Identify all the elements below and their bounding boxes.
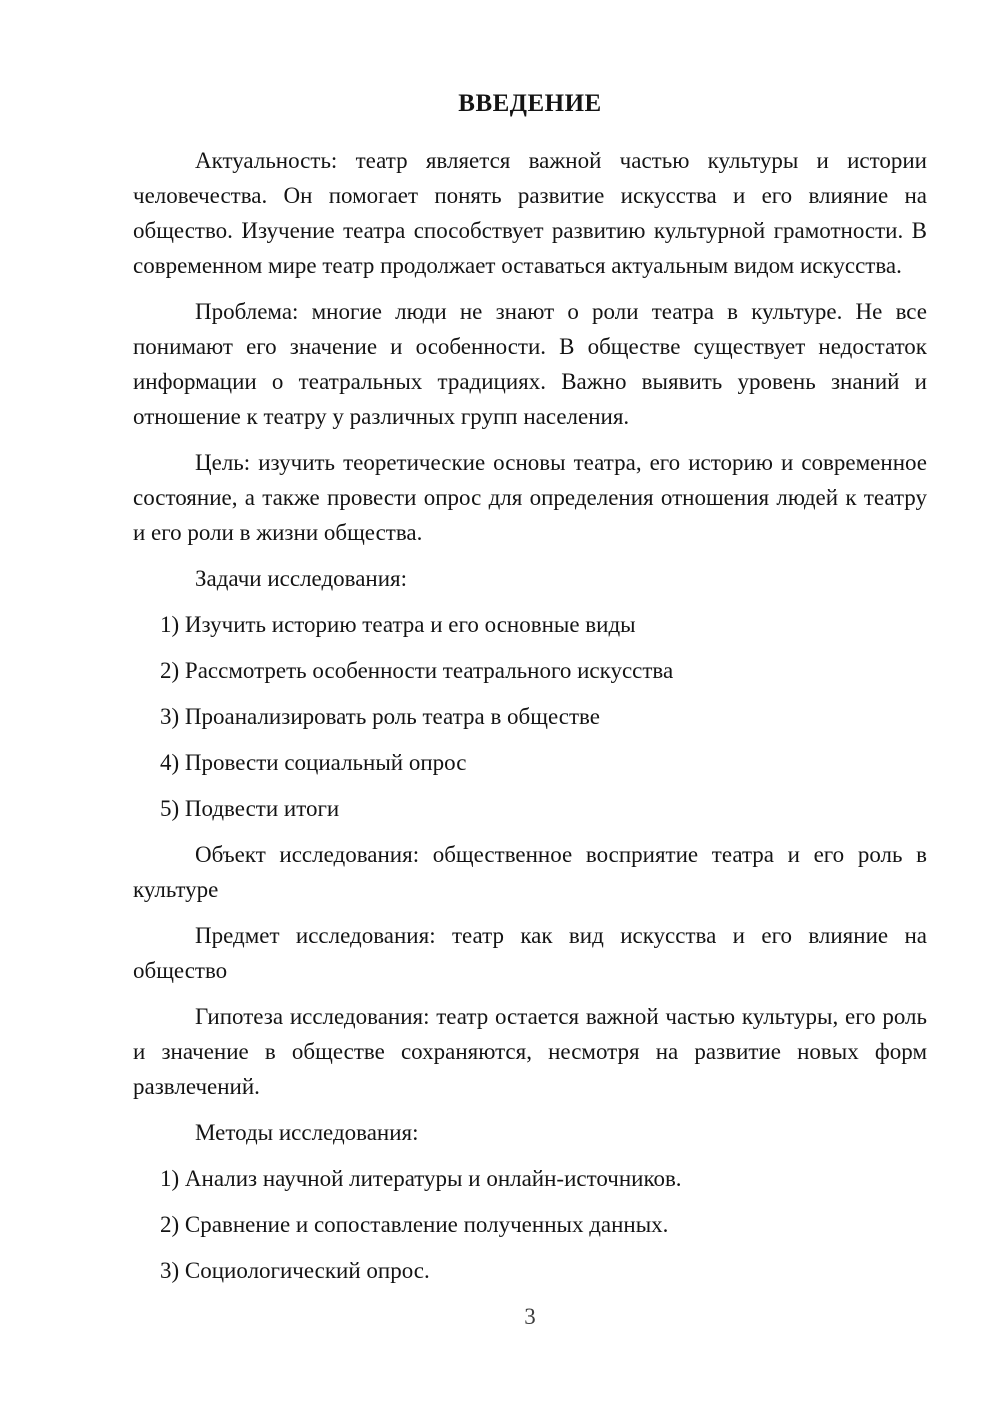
method-item-2: 2) Сравнение и сопоставление полученных … [133, 1207, 927, 1242]
document-title: ВВЕДЕНИЕ [133, 86, 927, 121]
paragraph-problem: Проблема: многие люди не знают о роли те… [133, 294, 927, 434]
task-item-2: 2) Рассмотреть особенности театрального … [133, 653, 927, 688]
paragraph-object: Объект исследования: общественное воспри… [133, 837, 927, 907]
paragraph-subject: Предмет исследования: театр как вид иску… [133, 918, 927, 988]
task-item-5: 5) Подвести итоги [133, 791, 927, 826]
tasks-heading: Задачи исследования: [133, 561, 927, 596]
page-number: 3 [133, 1299, 927, 1334]
methods-heading: Методы исследования: [133, 1115, 927, 1150]
task-item-3: 3) Проанализировать роль театра в общест… [133, 699, 927, 734]
method-item-3: 3) Социологический опрос. [133, 1253, 927, 1288]
method-item-1: 1) Анализ научной литературы и онлайн-ис… [133, 1161, 927, 1196]
paragraph-hypothesis: Гипотеза исследования: театр остается ва… [133, 999, 927, 1104]
paragraph-goal: Цель: изучить теоретические основы театр… [133, 445, 927, 550]
paragraph-relevance: Актуальность: театр является важной част… [133, 143, 927, 283]
task-item-4: 4) Провести социальный опрос [133, 745, 927, 780]
document-page: ВВЕДЕНИЕ Актуальность: театр является ва… [0, 0, 1000, 1414]
task-item-1: 1) Изучить историю театра и его основные… [133, 607, 927, 642]
